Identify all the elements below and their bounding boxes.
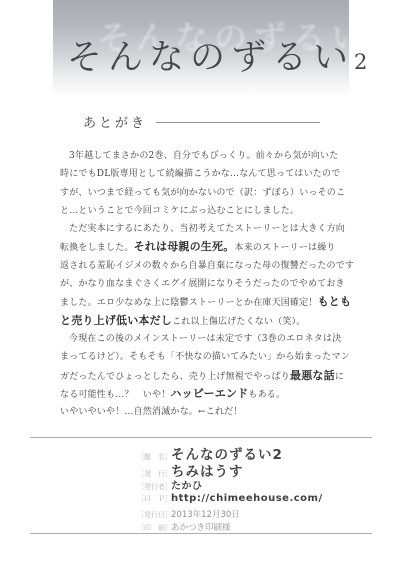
afterword-heading: あとがき [83,112,320,131]
heading-rule [156,122,320,123]
afterword-line: と売り上げ低い本だしこれ以上傷広げたくない（笑）。 [60,312,352,330]
afterword-text: なる可能性も…？ いや！ [60,390,170,400]
colophon-label: ［印 刷］ [137,523,171,533]
afterword-emphasis: 最悪な話 [290,369,335,382]
colophon-label: ［題 名］ [137,452,171,462]
page-title-text: そんなのずるい [67,38,354,78]
colophon: ［題 名］そんなのずるい2［発 行］ちみはうす［発行者］たかひ［Ｈ Ｐ］http… [137,443,377,534]
afterword-text: いやいやいや！…自然消滅かな。←これだ！ [60,407,243,417]
afterword-text: すが、いつまで経っても気が向かないので（訳：ずぼら）いっそのこ [60,188,345,198]
title-watermark-number: 2 [370,30,383,54]
afterword-line: 今現在この後のメインストーリーは未定です（3巻のエロネタは決 [60,330,352,348]
afterword-emphasis: と売り上げ低い本だし [60,314,172,327]
colophon-label: ［発行日］ [137,510,171,520]
afterword-text: 返される羞恥イジメの数々から自暴自棄になった母の復讐だったのです [60,261,354,271]
afterword-line: 3年越してまさかの2巻、自分でもびっくり。前々から気が向いた [60,147,352,165]
colophon-value: あかつき印刷様 [171,521,231,533]
afterword-line: ました。エロ少なめな上に陰鬱ストーリーとか在庫天国確定！もとも [60,293,352,311]
afterword-text: 時にでもDL版専用として続編描こうかな…なんて思ってはいたので [60,169,340,179]
afterword-text: 本来のストーリーは繰り [234,243,335,253]
afterword-line: すが、いつまで経っても気が向かないので（訳：ずぼら）いっそのこ [60,184,352,202]
colophon-top-rule [30,437,372,438]
afterword-line: 返される羞恥イジメの数々から自暴自棄になった母の復讐だったのです [60,257,352,275]
colophon-label: ［Ｈ Ｐ］ [137,494,171,504]
afterword-line: ただ実本にするにあたり、当初考えてたストーリーとは大きく方向 [60,220,352,238]
colophon-row: ［Ｈ Ｐ］http://chimeehouse.com/ [137,493,377,509]
afterword-emphasis: ハッピーエンド [170,387,248,400]
afterword-text: もある。 [248,390,285,400]
afterword-line: まってるけど）。そもそも「不快なの描いてみたい」から始まったマン [60,348,352,366]
page-title-number: 2 [354,50,367,74]
afterword-line: ガだったんでひょっとしたら、売り上げ無視でやっぱり最悪な話に [60,367,352,385]
afterword-text: ガだったんでひょっとしたら、売り上げ無視でやっぱり [60,372,290,382]
title-header: そんなのずるい2 そんなのずるい2 [53,0,349,97]
afterword-page: そんなのずるい2 そんなのずるい2 あとがき 3年越してまさかの2巻、自分でもび… [0,0,400,565]
afterword-text: 3年越してまさかの2巻、自分でもびっくり。前々から気が向いた [69,151,338,161]
afterword-body: 3年越してまさかの2巻、自分でもびっくり。前々から気が向いた時にでもDL版専用と… [60,147,352,421]
afterword-line: が、かなり血なまぐさくエグイ展開になりそうだったのでやめておき [60,275,352,293]
colophon-value: 2013年12月30日 [171,508,240,520]
afterword-text: これ以上傷広げたくない（笑）。 [172,317,306,327]
colophon-row: ［題 名］そんなのずるい2 [137,443,377,460]
colophon-value: たかひ [171,477,203,492]
afterword-text: 転換をしました。 [60,243,134,253]
page-title: そんなのずるい2 [67,30,367,80]
colophon-row: ［発行者］たかひ [137,477,377,493]
afterword-line: 転換をしました。それは母親の生死。本来のストーリーは繰り [60,238,352,256]
afterword-heading-label: あとがき [83,112,147,131]
colophon-label: ［発行者］ [137,482,171,492]
colophon-row: ［発行日］2013年12月30日 [137,508,377,521]
colophon-bottom-rule [30,533,372,534]
afterword-text: が、かなり血なまぐさくエグイ展開になりそうだったのでやめておき [60,279,345,289]
afterword-text: ました。エロ少なめな上に陰鬱ストーリーとか在庫天国確定！ [60,298,318,308]
afterword-line: 時にでもDL版専用として続編描こうかな…なんて思ってはいたので [60,165,352,183]
colophon-value: http://chimeehouse.com/ [171,493,323,504]
afterword-line: なる可能性も…？ いや！ハッピーエンドもある。 [60,385,352,403]
afterword-text: と…ということで今回コミケにぶっ込むことにしました。 [60,206,299,216]
afterword-text: に [335,372,344,382]
afterword-text: まってるけど）。そもそも「不快なの描いてみたい」から始まったマン [60,352,350,362]
afterword-line: いやいやいや！…自然消滅かな。←これだ！ [60,403,352,421]
afterword-text: ただ実本にするにあたり、当初考えてたストーリーとは大きく方向 [69,224,345,234]
afterword-emphasis: それは母親の生死。 [134,240,235,253]
afterword-emphasis: もとも [318,295,352,308]
colophon-label: ［発 行］ [137,469,171,479]
afterword-text: 今現在この後のメインストーリーは未定です（3巻のエロネタは決 [69,334,341,344]
afterword-line: と…ということで今回コミケにぶっ込むことにしました。 [60,202,352,220]
